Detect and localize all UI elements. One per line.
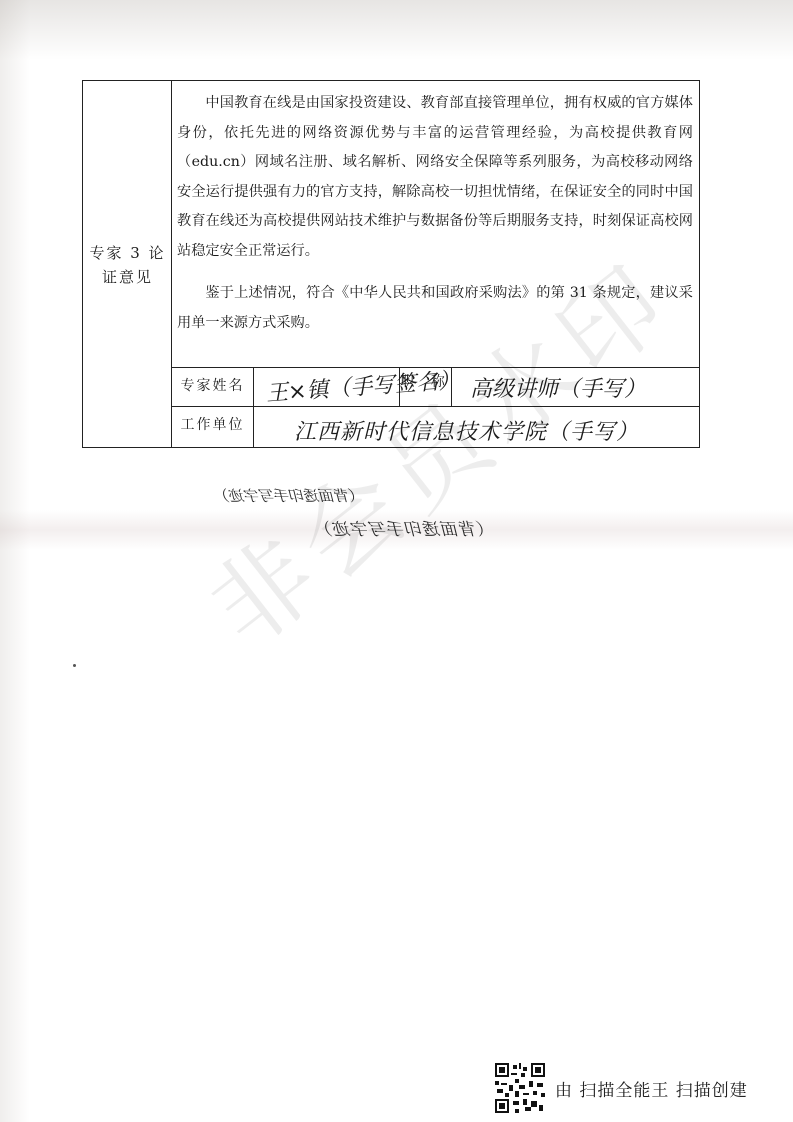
qr-code-icon[interactable] — [495, 1063, 545, 1113]
section-label: 专家 3 论 证意见 — [83, 241, 172, 289]
scanner-credit-text: 由 扫描全能王 扫描创建 — [555, 1076, 748, 1101]
scan-speck — [73, 664, 76, 667]
scanner-footer: 由 扫描全能王 扫描创建 — [495, 1062, 748, 1114]
scan-edge-shadow — [0, 0, 793, 60]
section-label-line1: 专家 3 论 — [83, 241, 172, 265]
expert-name-label: 专家姓名 — [172, 368, 254, 406]
work-unit-label: 工作单位 — [172, 407, 254, 447]
scan-edge-shadow-left — [0, 0, 30, 1122]
section-label-line2: 证意见 — [83, 265, 172, 289]
section-label-cell: 专家 3 论 证意见 — [83, 81, 172, 447]
